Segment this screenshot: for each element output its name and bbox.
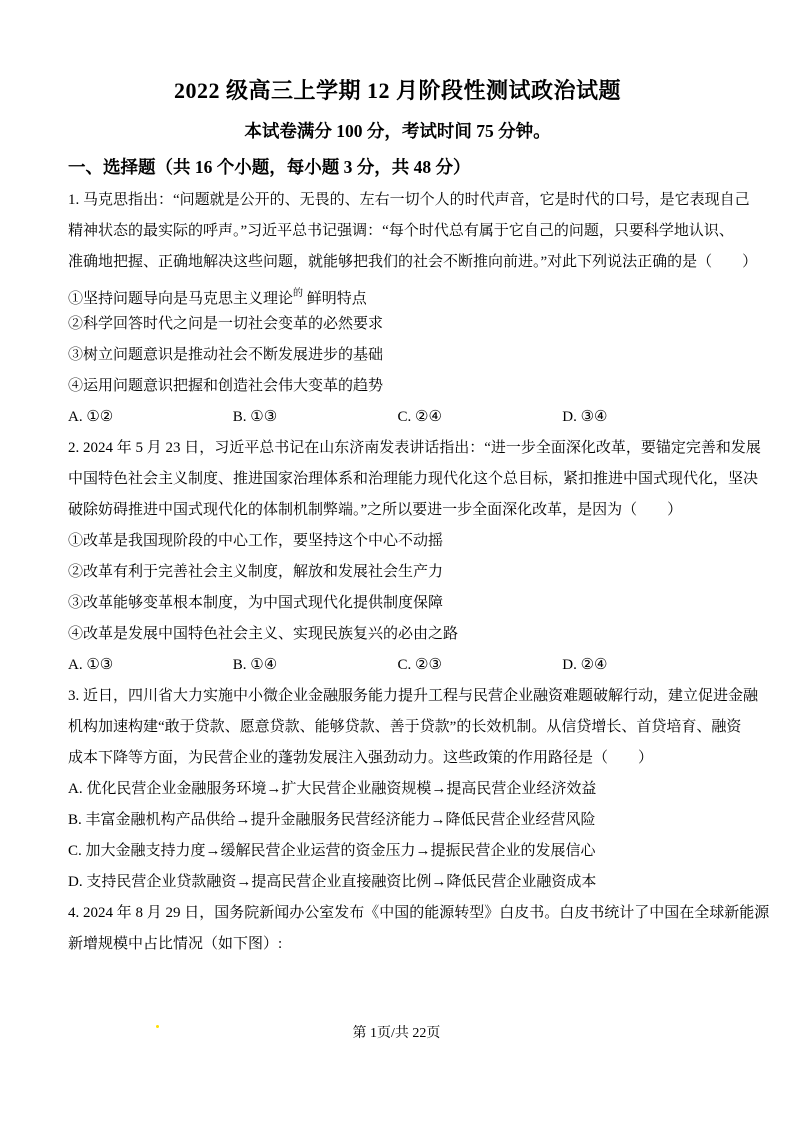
page-content: 2022 级高三上学期 12 月阶段性测试政治试题 本试卷满分 100 分，考试… xyxy=(68,0,727,960)
choice-a: A. ①③ xyxy=(68,650,233,681)
choice-b: B. ①④ xyxy=(233,650,398,681)
choice-b: B. ①③ xyxy=(233,402,398,433)
choice-d: D. 支持民营企业贷款融资→提高民营企业直接融资比例→降低民营企业融资成本 xyxy=(68,867,727,898)
page-number-footer: 第 1页/共 22页 xyxy=(0,1022,793,1042)
choice-c: C. 加大金融支持力度→缓解民营企业运营的资金压力→提振民营企业的发展信心 xyxy=(68,836,727,867)
question-stem-line: 中国特色社会主义制度、推进国家治理体系和治理能力现代化这个总目标，紧扣推进中国式… xyxy=(68,464,727,495)
exam-paper-page: 2022 级高三上学期 12 月阶段性测试政治试题 本试卷满分 100 分，考试… xyxy=(0,0,793,1122)
choice-d: D. ③④ xyxy=(562,402,727,433)
question-stem-line: 1. 马克思指出：“问题就是公开的、无畏的、左右一切个人的时代声音，它是时代的口… xyxy=(68,185,727,216)
superscript-artifact: 的 xyxy=(293,288,303,299)
question-stem-line: 新增规模中占比情况（如下图）: xyxy=(68,929,727,960)
answer-choices-row: A. ①② B. ①③ C. ②④ D. ③④ xyxy=(68,402,727,433)
question-stem-line: 2. 2024 年 5 月 23 日，习近平总书记在山东济南发表讲话指出：“进一… xyxy=(68,433,727,464)
question-item-text: 鲜明特点 xyxy=(307,291,367,307)
question-item: ②改革有利于完善社会主义制度，解放和发展社会生产力 xyxy=(68,557,727,588)
question-item: ③改革能够变革根本制度，为中国式现代化提供制度保障 xyxy=(68,588,727,619)
page-subtitle: 本试卷满分 100 分，考试时间 75 分钟。 xyxy=(68,118,727,143)
question-item: ④改革是发展中国特色社会主义、实现民族复兴的必由之路 xyxy=(68,619,727,650)
question-1: 1. 马克思指出：“问题就是公开的、无畏的、左右一切个人的时代声音，它是时代的口… xyxy=(68,185,727,433)
choice-b: B. 丰富金融机构产品供给→提升金融服务民营经济能力→降低民营企业经营风险 xyxy=(68,805,727,836)
choice-c: C. ②④ xyxy=(398,402,563,433)
question-item-text: ①坚持问题导向是马克思主义理论 xyxy=(68,291,293,307)
question-item: ④运用问题意识把握和创造社会伟大变革的趋势 xyxy=(68,371,727,402)
question-item: ①坚持问题导向是马克思主义理论的 鲜明特点 xyxy=(68,278,727,309)
answer-choices-row: A. ①③ B. ①④ C. ②③ D. ②④ xyxy=(68,650,727,681)
question-stem-line: 4. 2024 年 8 月 29 日，国务院新闻办公室发布《中国的能源转型》白皮… xyxy=(68,898,727,929)
question-stem-line: 破除妨碍推进中国式现代化的体制机制弊端。”之所以要进一步全面深化改革，是因为（ … xyxy=(68,495,727,526)
question-item: ①改革是我国现阶段的中心工作，要坚持这个中心不动摇 xyxy=(68,526,727,557)
question-stem-line: 成本下降等方面，为民营企业的蓬勃发展注入强劲动力。这些政策的作用路径是（ ） xyxy=(68,743,727,774)
question-item: ③树立问题意识是推动社会不断发展进步的基础 xyxy=(68,340,727,371)
question-2: 2. 2024 年 5 月 23 日，习近平总书记在山东济南发表讲话指出：“进一… xyxy=(68,433,727,681)
questions-list: 1. 马克思指出：“问题就是公开的、无畏的、左右一切个人的时代声音，它是时代的口… xyxy=(68,185,727,960)
choice-c: C. ②③ xyxy=(398,650,563,681)
page-title: 2022 级高三上学期 12 月阶段性测试政治试题 xyxy=(68,74,727,105)
choice-a: A. ①② xyxy=(68,402,233,433)
section-header: 一、选择题（共 16 个小题，每小题 3 分，共 48 分） xyxy=(68,154,727,179)
choice-a: A. 优化民营企业金融服务环境→扩大民营企业融资规模→提高民营企业经济效益 xyxy=(68,774,727,805)
question-stem-line: 准确地把握、正确地解决这些问题，就能够把我们的社会不断推向前进。”对此下列说法正… xyxy=(68,247,727,278)
question-item: ②科学回答时代之问是一切社会变革的必然要求 xyxy=(68,309,727,340)
question-4: 4. 2024 年 8 月 29 日，国务院新闻办公室发布《中国的能源转型》白皮… xyxy=(68,898,727,960)
question-stem-line: 精神状态的最实际的呼声。”习近平总书记强调：“每个时代总有属于它自己的问题，只要… xyxy=(68,216,727,247)
choice-d: D. ②④ xyxy=(562,650,727,681)
question-stem-line: 3. 近日，四川省大力实施中小微企业金融服务能力提升工程与民营企业融资难题破解行… xyxy=(68,681,727,712)
question-3: 3. 近日，四川省大力实施中小微企业金融服务能力提升工程与民营企业融资难题破解行… xyxy=(68,681,727,898)
question-stem-line: 机构加速构建“敢于贷款、愿意贷款、能够贷款、善于贷款”的长效机制。从信贷增长、首… xyxy=(68,712,727,743)
